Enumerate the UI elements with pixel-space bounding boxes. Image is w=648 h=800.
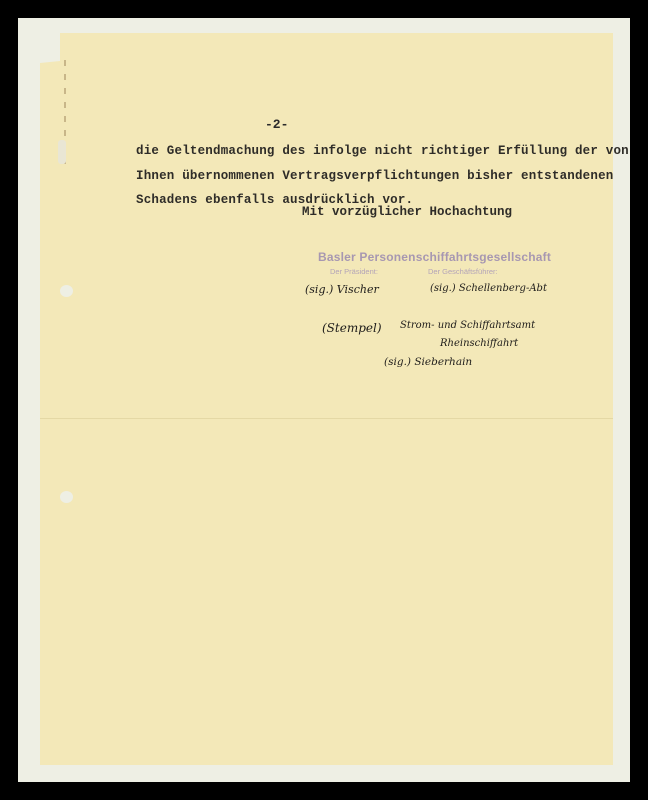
stamp-note: (Stempel) bbox=[322, 321, 382, 335]
punch-hole-top bbox=[60, 285, 73, 297]
authority-line-1: Strom- und Schiffahrtsamt bbox=[400, 320, 535, 331]
body-line-1: die Geltendmachung des infolge nicht ric… bbox=[136, 144, 629, 158]
closing-salutation: Mit vorzüglicher Hochachtung bbox=[302, 205, 512, 219]
letter-page bbox=[40, 33, 613, 765]
company-stamp: Basler Personenschiffahrtsgesellschaft bbox=[318, 250, 551, 264]
authority-signature: (sig.) Sieberhain bbox=[384, 356, 472, 368]
punch-hole-bottom bbox=[60, 491, 73, 503]
page-number: -2- bbox=[265, 117, 288, 132]
body-line-2: Ihnen übernommenen Vertragsverpflichtung… bbox=[136, 169, 613, 183]
stamp-manager-label: Der Geschäftsführer: bbox=[428, 267, 498, 276]
paper-tear bbox=[58, 140, 66, 164]
signature-president: (sig.) Vischer bbox=[305, 283, 379, 296]
authority-line-2: Rheinschiffahrt bbox=[440, 338, 518, 349]
signature-manager: (sig.) Schellenberg-Abt bbox=[430, 283, 547, 294]
stamp-president-label: Der Präsident: bbox=[330, 267, 378, 276]
